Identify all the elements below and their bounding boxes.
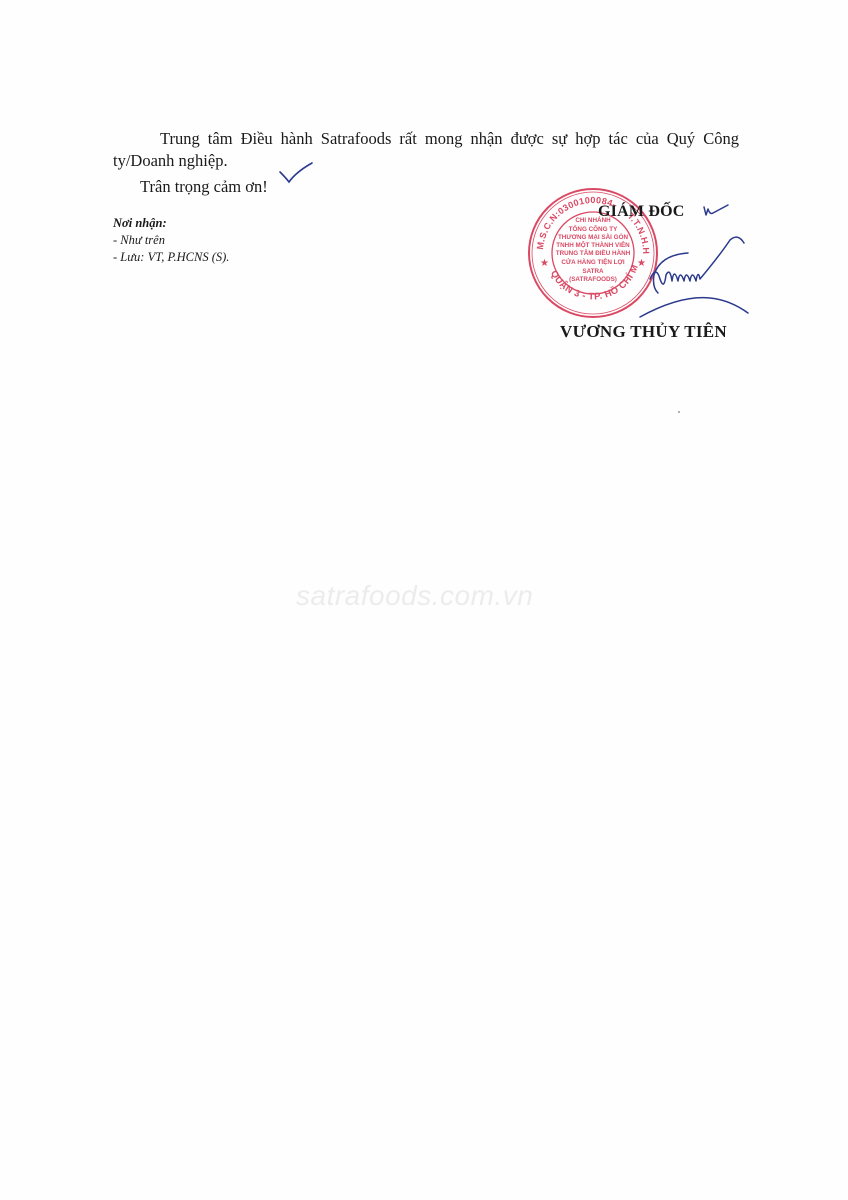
- signatory-name: VƯƠNG THỦY TIÊN: [560, 322, 727, 342]
- checkmark-icon: [276, 160, 316, 190]
- scan-speck: [678, 411, 680, 413]
- recipients-heading: Nơi nhận:: [113, 215, 229, 232]
- closing-paragraph: Trung tâm Điều hành Satrafoods rất mong …: [113, 128, 739, 172]
- recipient-item: - Lưu: VT, P.HCNS (S).: [113, 249, 229, 266]
- recipient-item: - Như trên: [113, 232, 229, 249]
- stamp-star-icon: ★: [540, 258, 549, 269]
- thanks-line: Trân trọng cảm ơn!: [140, 176, 268, 198]
- watermark: satrafoods.com.vn: [296, 580, 533, 612]
- handwritten-signature: [600, 195, 750, 325]
- document-page: Trung tâm Điều hành Satrafoods rất mong …: [0, 0, 848, 1200]
- recipients-block: Nơi nhận: - Như trên - Lưu: VT, P.HCNS (…: [113, 215, 229, 266]
